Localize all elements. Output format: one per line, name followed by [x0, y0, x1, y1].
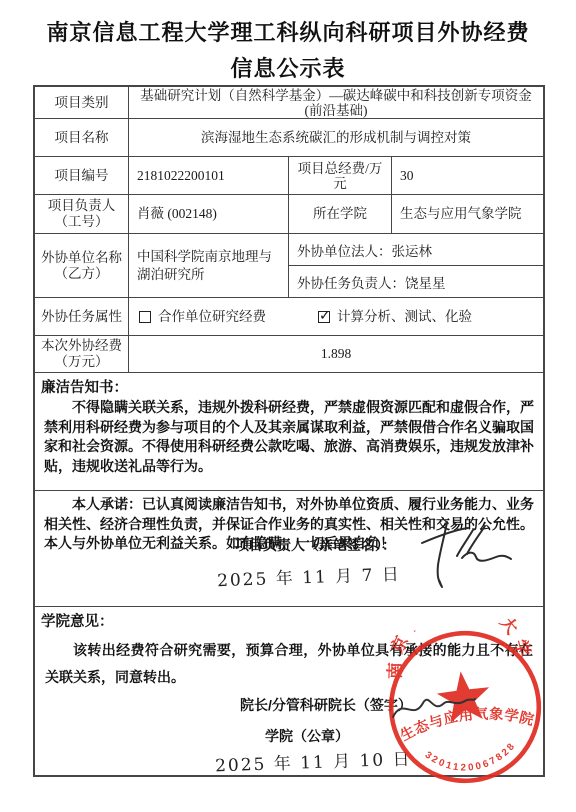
partner-legal-cell: 外协单位法人： 张运林	[289, 234, 543, 266]
partner-unit-value: 中国科学院南京地理与湖泊研究所	[129, 234, 289, 297]
project-number-label: 项目编号	[35, 157, 129, 194]
leader-signature-icon	[410, 517, 522, 593]
form-title-line2: 信息公示表	[0, 52, 576, 83]
task-attribute-label: 外协任务属性	[35, 298, 129, 335]
row-project-number: 项目编号 2181022200101 项目总经费/万元 30	[35, 157, 543, 195]
row-project-name: 项目名称 滨海湿地生态系统碳汇的形成机制与调控对策	[35, 119, 543, 157]
partner-unit-label: 外协单位名称 （乙方）	[35, 234, 129, 297]
leader-sign-label: 项目负责人（亲笔签名）：	[235, 535, 396, 555]
commitment-section: 本人承诺：已认真阅读廉洁告知书，对外协单位资质、履行业务能力、业务相关性、经济合…	[35, 491, 543, 607]
project-number-value: 2181022200101	[129, 157, 289, 194]
dean-signature-icon	[387, 685, 479, 735]
partner-task-leader-label: 外协任务负责人：	[297, 272, 405, 292]
this-fund-label: 本次外协经费 （万元）	[35, 336, 129, 372]
row-task-attribute: 外协任务属性 合作单位研究经费 ✓ 计算分析、测试、化验	[35, 298, 543, 336]
project-name-value: 滨海湿地生态系统碳汇的形成机制与调控对策	[129, 119, 543, 156]
form-title-line1: 南京信息工程大学理工科纵向科研项目外协经费	[0, 16, 576, 47]
integrity-body: 不得隐瞒关联关系，违规外拨科研经费，严禁虚假资源匹配和虚假合作，严禁利用科研经费…	[35, 397, 543, 476]
task-option-2-label: 计算分析、测试、化验	[337, 309, 472, 325]
project-leader-label: 项目负责人 （工号）	[35, 195, 129, 233]
project-name-label: 项目名称	[35, 119, 129, 156]
project-category-value: 基础研究计划（自然科学基金）—碳达峰碳中和科技创新专项资金(前沿基础)	[129, 87, 543, 118]
total-fund-value: 30	[392, 157, 543, 194]
checkbox-unchecked-icon	[139, 311, 151, 323]
partner-legal-label: 外协单位法人：	[297, 240, 392, 260]
partner-task-leader-value: 饶星星	[405, 272, 446, 292]
task-attribute-options: 合作单位研究经费 ✓ 计算分析、测试、化验	[129, 298, 543, 335]
row-project-leader: 项目负责人 （工号） 肖薇 (002148) 所在学院 生态与应用气象学院	[35, 195, 543, 234]
project-category-label: 项目类别	[35, 87, 129, 118]
college-label: 所在学院	[289, 195, 392, 233]
integrity-notice-section: 廉洁告知书： 不得隐瞒关联关系，违规外拨科研经费，严禁虚假资源匹配和虚假合作，严…	[35, 373, 543, 491]
integrity-heading: 廉洁告知书：	[35, 373, 543, 397]
college-seal-label: 学院（公章）	[265, 726, 349, 746]
task-option-1-label: 合作单位研究经费	[158, 309, 266, 325]
project-leader-value: 肖薇 (002148)	[129, 195, 289, 233]
form-table: 项目类别 基础研究计划（自然科学基金）—碳达峰碳中和科技创新专项资金(前沿基础)…	[33, 85, 545, 777]
partner-task-leader-cell: 外协任务负责人： 饶星星	[289, 266, 543, 297]
row-project-category: 项目类别 基础研究计划（自然科学基金）—碳达峰碳中和科技创新专项资金(前沿基础)	[35, 87, 543, 119]
public-notice-form: 南京信息工程大学理工科纵向科研项目外协经费 信息公示表 项目类别 基础研究计划（…	[0, 0, 576, 812]
partner-right-column: 外协单位法人： 张运林 外协任务负责人： 饶星星	[289, 234, 543, 297]
partner-legal-value: 张运林	[392, 240, 433, 260]
commitment-date-handwritten: 2025 年 11 月 7 日	[217, 560, 401, 591]
college-date-handwritten: 2025 年 11 月 10 日	[215, 745, 412, 777]
checkbox-checked-icon: ✓	[318, 311, 330, 323]
college-value: 生态与应用气象学院	[392, 195, 543, 233]
total-fund-label: 项目总经费/万元	[289, 157, 392, 194]
college-opinion-section: 学院意见： 该转出经费符合研究需要，预算合理，外协单位具有承接的能力且不存在关联…	[35, 607, 543, 779]
this-fund-value: 1.898	[129, 336, 543, 372]
row-partner-unit: 外协单位名称 （乙方） 中国科学院南京地理与湖泊研究所 外协单位法人： 张运林 …	[35, 234, 543, 298]
row-this-fund: 本次外协经费 （万元） 1.898	[35, 336, 543, 373]
